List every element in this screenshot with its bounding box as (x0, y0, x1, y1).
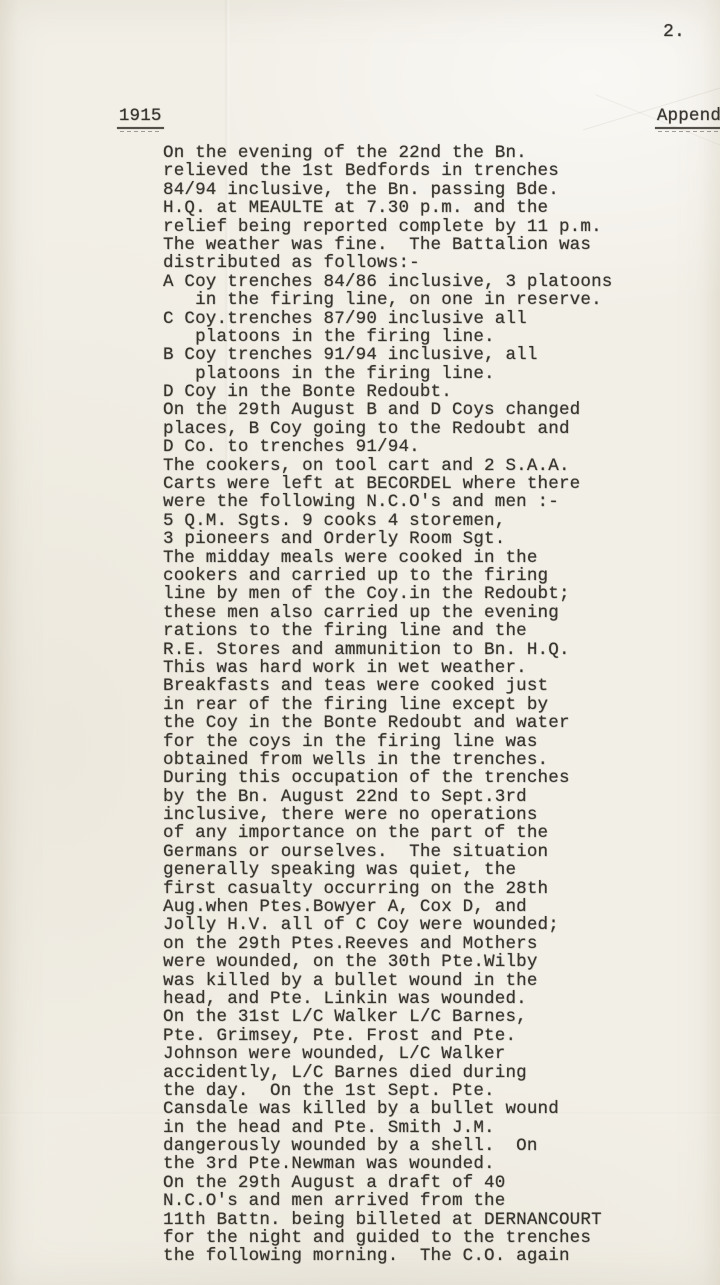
text-line: generally speaking was quiet, the (163, 861, 703, 879)
text-line: H.Q. at MEAULTE at 7.30 p.m. and the (163, 199, 703, 217)
year-heading-text: 1915 (119, 106, 162, 128)
text-line: these men also carried up the evening (163, 604, 703, 622)
text-line: the following morning. The C.O. again (163, 1247, 703, 1265)
text-line: Breakfasts and teas were cooked just (163, 677, 703, 695)
text-line: On the 29th August a draft of 40 (163, 1174, 703, 1192)
text-line: Carts were left at BECORDEL where there (163, 475, 703, 493)
text-line: platoons in the firing line. (163, 365, 703, 383)
text-line: D Coy in the Bonte Redoubt. (163, 383, 703, 401)
document-page: 2. 1915 Appendix On the evening of the 2… (0, 0, 720, 1285)
text-line: on the 29th Ptes.Reeves and Mothers (163, 935, 703, 953)
text-line: On the evening of the 22nd the Bn. (163, 144, 703, 162)
text-line: On the 31st L/C Walker L/C Barnes, (163, 1008, 703, 1026)
text-line: The weather was fine. The Battalion was (163, 236, 703, 254)
text-line: N.C.O's and men arrived from the (163, 1192, 703, 1210)
text-line: line by men of the Coy.in the Redoubt; (163, 585, 703, 603)
text-line: in rear of the firing line except by (163, 696, 703, 714)
text-line: rations to the firing line and the (163, 622, 703, 640)
text-line: This was hard work in wet weather. (163, 659, 703, 677)
text-line: Cansdale was killed by a bullet wound (163, 1100, 703, 1118)
appendix-heading: Appendix (614, 86, 720, 148)
text-line: B Coy trenches 91/94 inclusive, all (163, 346, 703, 364)
text-line: in the firing line, on one in reserve. (163, 291, 703, 309)
text-line: Germans or ourselves. The situation (163, 843, 703, 861)
text-line: 3 pioneers and Orderly Room Sgt. (163, 530, 703, 548)
text-line: were the following N.C.O's and men :- (163, 493, 703, 511)
text-line: Johnson were wounded, L/C Walker (163, 1045, 703, 1063)
text-line: of any importance on the part of the (163, 824, 703, 842)
text-line: were wounded, on the 30th Pte.Wilby (163, 953, 703, 971)
text-line: by the Bn. August 22nd to Sept.3rd (163, 788, 703, 806)
appendix-heading-text: Appendix (657, 106, 720, 128)
text-line: platoons in the firing line. (163, 328, 703, 346)
text-line: distributed as follows:- (163, 254, 703, 272)
text-line: accidently, L/C Barnes died during (163, 1064, 703, 1082)
text-line: obtained from wells in the trenches. (163, 751, 703, 769)
text-line: Jolly H.V. all of C Coy were wounded; (163, 916, 703, 934)
text-line: for the night and guided to the trenches (163, 1229, 703, 1247)
text-line: The cookers, on tool cart and 2 S.A.A. (163, 457, 703, 475)
text-line: R.E. Stores and ammunition to Bn. H.Q. (163, 641, 703, 659)
text-line: the 3rd Pte.Newman was wounded. (163, 1155, 703, 1173)
text-line: On the 29th August B and D Coys changed (163, 401, 703, 419)
text-line: The midday meals were cooked in the (163, 549, 703, 567)
text-line: for the coys in the firing line was (163, 733, 703, 751)
text-line: cookers and carried up to the firing (163, 567, 703, 585)
text-line: Aug.when Ptes.Bowyer A, Cox D, and (163, 898, 703, 916)
text-line: C Coy.trenches 87/90 inclusive all (163, 310, 703, 328)
text-line: the day. On the 1st Sept. Pte. (163, 1082, 703, 1100)
text-line: the Coy in the Bonte Redoubt and water (163, 714, 703, 732)
text-line: 11th Battn. being billeted at DERNANCOUR… (163, 1211, 703, 1229)
page-number: 2. (663, 22, 685, 42)
text-line: places, B Coy going to the Redoubt and (163, 420, 703, 438)
text-line: relief being reported complete by 11 p.m… (163, 218, 703, 236)
text-line: During this occupation of the trenches (163, 769, 703, 787)
document-body: On the evening of the 22nd the Bn.reliev… (163, 144, 703, 1266)
text-line: 5 Q.M. Sgts. 9 cooks 4 storemen, (163, 512, 703, 530)
text-line: 84/94 inclusive, the Bn. passing Bde. (163, 181, 703, 199)
text-line: dangerously wounded by a shell. On (163, 1137, 703, 1155)
text-line: D Co. to trenches 91/94. (163, 438, 703, 456)
text-line: inclusive, there were no operations (163, 806, 703, 824)
text-line: in the head and Pte. Smith J.M. (163, 1119, 703, 1137)
year-heading: 1915 (76, 86, 162, 148)
text-line: was killed by a bullet wound in the (163, 972, 703, 990)
text-line: Pte. Grimsey, Pte. Frost and Pte. (163, 1027, 703, 1045)
text-line: head, and Pte. Linkin was wounded. (163, 990, 703, 1008)
text-line: A Coy trenches 84/86 inclusive, 3 platoo… (163, 273, 703, 291)
text-line: first casualty occurring on the 28th (163, 880, 703, 898)
text-line: relieved the 1st Bedfords in trenches (163, 162, 703, 180)
